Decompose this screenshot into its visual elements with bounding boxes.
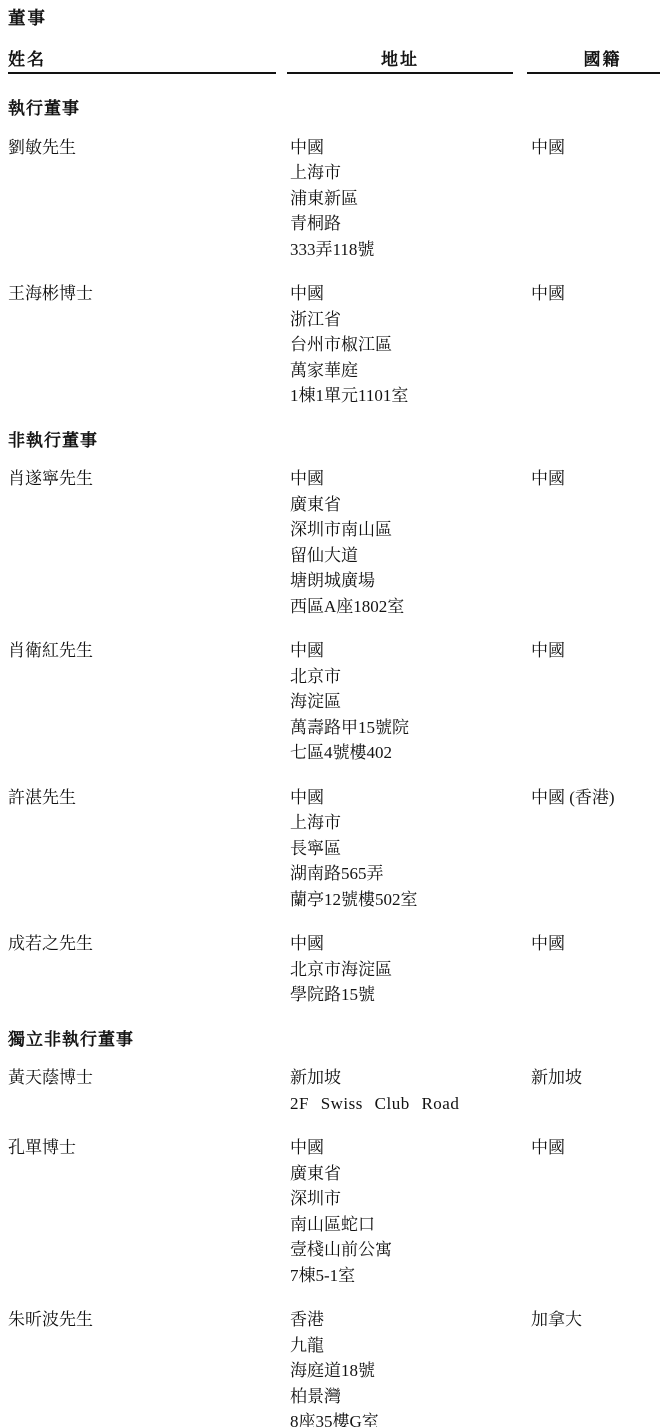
director-name: 王海彬博士 <box>8 281 290 409</box>
director-row: 黃天蔭博士 新加坡 2F Swiss Club Road 新加坡 <box>8 1065 660 1116</box>
director-nationality: 中國 <box>528 1135 660 1288</box>
address-line: 萬壽路甲15號院 <box>290 715 528 741</box>
director-address: 中國 廣東省 深圳市南山區 留仙大道 塘朗城廣場 西區A座1802室 <box>290 466 528 619</box>
address-line: 中國 <box>290 1135 528 1161</box>
address-line: 香港 <box>290 1307 528 1333</box>
address-line: 七區4號樓402 <box>290 740 528 766</box>
address-line: 7棟5-1室 <box>290 1263 528 1289</box>
director-nationality: 新加坡 <box>528 1065 660 1116</box>
director-name: 肖衛紅先生 <box>8 638 290 766</box>
address-line: 海淀區 <box>290 689 528 715</box>
page-title: 董事 <box>8 6 660 30</box>
address-line: 青桐路 <box>290 211 528 237</box>
director-name: 成若之先生 <box>8 931 290 1008</box>
director-address: 中國 廣東省 深圳市 南山區蛇口 壹棧山前公寓 7棟5-1室 <box>290 1135 528 1288</box>
address-line: 長寧區 <box>290 836 528 862</box>
director-name: 朱昕波先生 <box>8 1307 290 1427</box>
address-line: 浙江省 <box>290 307 528 333</box>
director-row: 成若之先生 中國 北京市海淀區 學院路15號 中國 <box>8 931 660 1008</box>
address-line: 北京市海淀區 <box>290 957 528 983</box>
director-nationality: 中國 <box>528 135 660 263</box>
address-line: 廣東省 <box>290 492 528 518</box>
address-line: 浦東新區 <box>290 186 528 212</box>
director-nationality: 中國 <box>528 466 660 619</box>
address-line: 蘭亭12號樓502室 <box>290 887 528 913</box>
section-heading-executive-directors: 執行董事 <box>8 96 660 122</box>
address-line: 學院路15號 <box>290 982 528 1008</box>
director-name: 孔單博士 <box>8 1135 290 1288</box>
director-name: 黃天蔭博士 <box>8 1065 290 1116</box>
table-header: 姓名 地址 國籍 <box>8 49 660 74</box>
director-address: 香港 九龍 海庭道18號 柏景灣 8座35樓G室 <box>290 1307 528 1427</box>
director-address: 新加坡 2F Swiss Club Road <box>290 1065 528 1116</box>
address-line: 南山區蛇口 <box>290 1212 528 1238</box>
address-line: 西區A座1802室 <box>290 594 528 620</box>
address-line: 上海市 <box>290 810 528 836</box>
column-header-address: 地址 <box>287 49 513 74</box>
address-line: 中國 <box>290 785 528 811</box>
address-line: 中國 <box>290 466 528 492</box>
director-nationality: 中國 <box>528 931 660 1008</box>
section-heading-non-executive-directors: 非執行董事 <box>8 428 660 454</box>
address-line: 2F Swiss Club Road <box>290 1091 528 1117</box>
address-line: 中國 <box>290 638 528 664</box>
director-address: 中國 北京市海淀區 學院路15號 <box>290 931 528 1008</box>
address-line: 深圳市 <box>290 1186 528 1212</box>
director-row: 朱昕波先生 香港 九龍 海庭道18號 柏景灣 8座35樓G室 加拿大 <box>8 1307 660 1427</box>
address-line: 九龍 <box>290 1333 528 1359</box>
column-header-name: 姓名 <box>8 49 276 74</box>
director-row: 肖衛紅先生 中國 北京市 海淀區 萬壽路甲15號院 七區4號樓402 中國 <box>8 638 660 766</box>
director-row: 肖遂寧先生 中國 廣東省 深圳市南山區 留仙大道 塘朗城廣場 西區A座1802室… <box>8 466 660 619</box>
address-line: 北京市 <box>290 664 528 690</box>
director-row: 孔單博士 中國 廣東省 深圳市 南山區蛇口 壹棧山前公寓 7棟5-1室 中國 <box>8 1135 660 1288</box>
address-line: 上海市 <box>290 160 528 186</box>
director-nationality: 中國 (香港) <box>528 785 660 913</box>
address-line: 萬家華庭 <box>290 358 528 384</box>
director-row: 王海彬博士 中國 浙江省 台州市椒江區 萬家華庭 1棟1單元1101室 中國 <box>8 281 660 409</box>
director-address: 中國 上海市 長寧區 湖南路565弄 蘭亭12號樓502室 <box>290 785 528 913</box>
director-name: 肖遂寧先生 <box>8 466 290 619</box>
director-name: 劉敏先生 <box>8 135 290 263</box>
address-line: 湖南路565弄 <box>290 861 528 887</box>
document-page: 董事 姓名 地址 國籍 執行董事 劉敏先生 中國 上海市 浦東新區 青桐路 33… <box>0 0 660 1427</box>
address-line: 柏景灣 <box>290 1384 528 1410</box>
director-nationality: 加拿大 <box>528 1307 660 1427</box>
address-line: 333弄118號 <box>290 237 528 263</box>
director-address: 中國 北京市 海淀區 萬壽路甲15號院 七區4號樓402 <box>290 638 528 766</box>
address-line: 壹棧山前公寓 <box>290 1237 528 1263</box>
director-nationality: 中國 <box>528 281 660 409</box>
address-line: 中國 <box>290 931 528 957</box>
director-row: 劉敏先生 中國 上海市 浦東新區 青桐路 333弄118號 中國 <box>8 135 660 263</box>
address-line: 留仙大道 <box>290 543 528 569</box>
section-heading-independent-non-executive-directors: 獨立非執行董事 <box>8 1027 660 1053</box>
address-line: 1棟1單元1101室 <box>290 383 528 409</box>
director-row: 許湛先生 中國 上海市 長寧區 湖南路565弄 蘭亭12號樓502室 中國 (香… <box>8 785 660 913</box>
address-line: 塘朗城廣場 <box>290 568 528 594</box>
address-line: 海庭道18號 <box>290 1358 528 1384</box>
address-line: 8座35樓G室 <box>290 1409 528 1427</box>
address-line: 中國 <box>290 135 528 161</box>
address-line: 新加坡 <box>290 1065 528 1091</box>
director-nationality: 中國 <box>528 638 660 766</box>
address-line: 廣東省 <box>290 1161 528 1187</box>
column-header-nationality: 國籍 <box>527 49 660 74</box>
address-line: 台州市椒江區 <box>290 332 528 358</box>
director-address: 中國 上海市 浦東新區 青桐路 333弄118號 <box>290 135 528 263</box>
director-name: 許湛先生 <box>8 785 290 913</box>
address-line: 中國 <box>290 281 528 307</box>
address-line: 深圳市南山區 <box>290 517 528 543</box>
director-address: 中國 浙江省 台州市椒江區 萬家華庭 1棟1單元1101室 <box>290 281 528 409</box>
